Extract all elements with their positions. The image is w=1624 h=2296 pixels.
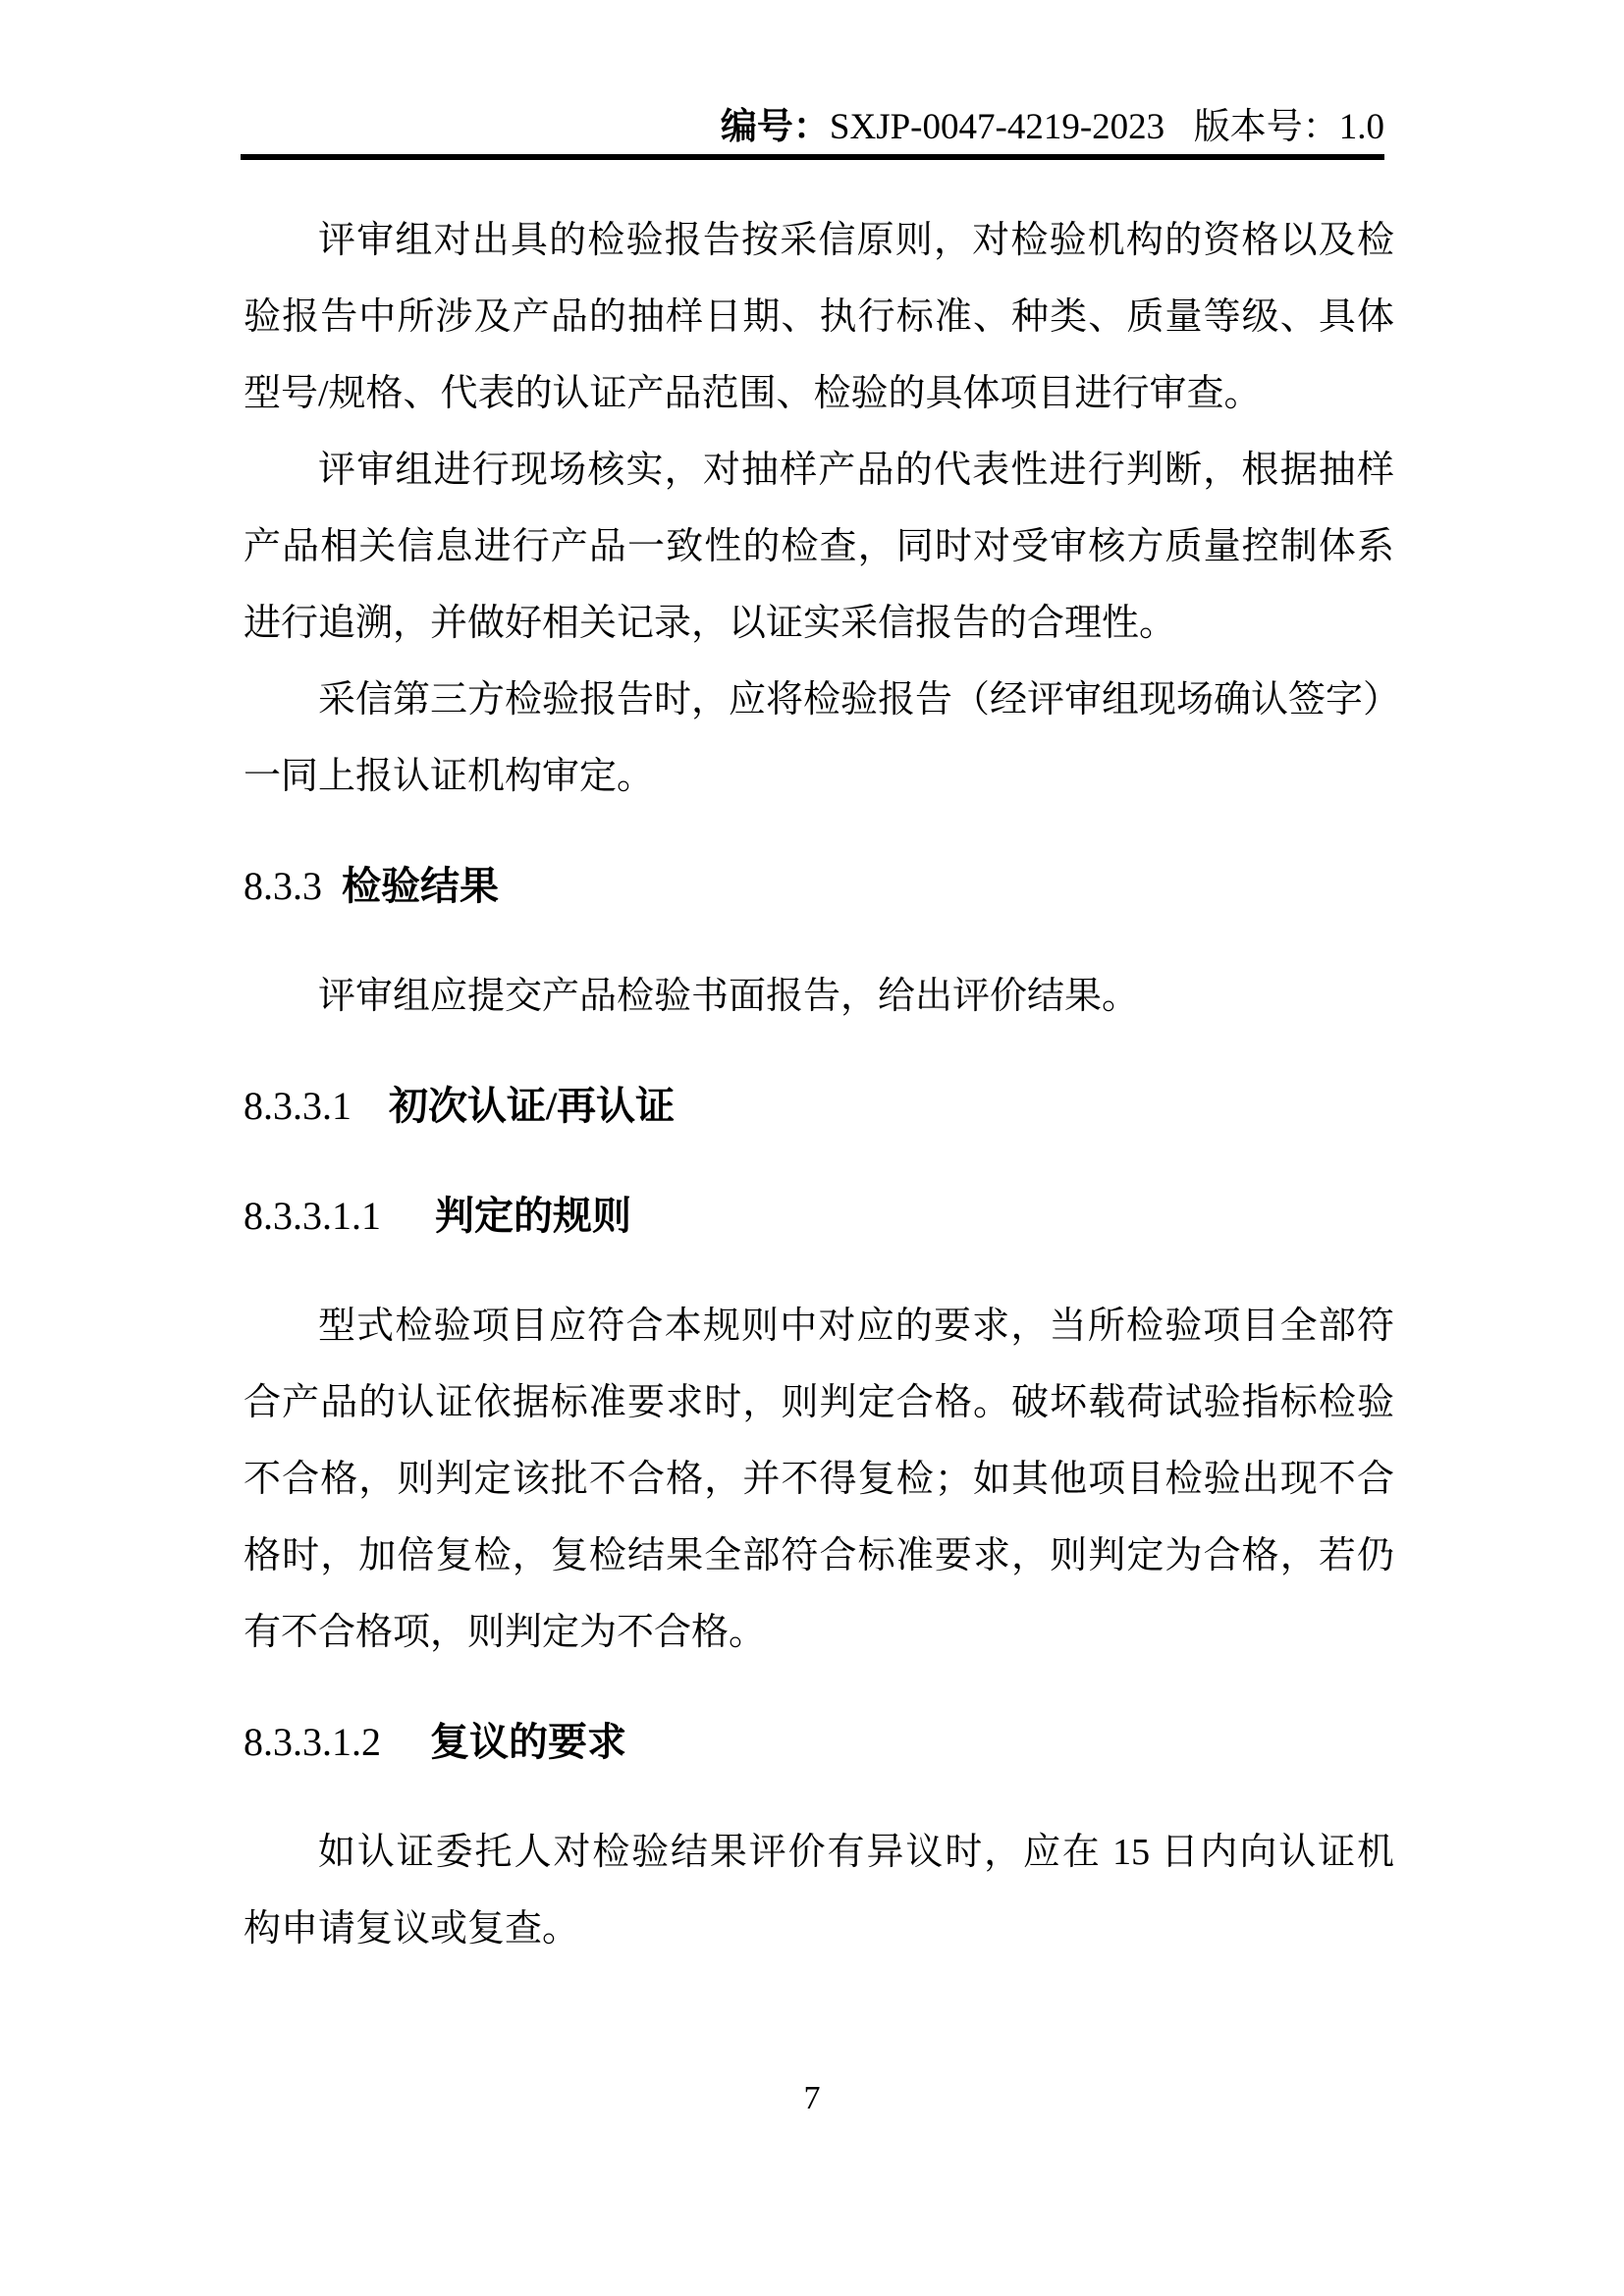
- paragraph-written-report: 评审组应提交产品检验书面报告，给出评价结果。: [244, 958, 1394, 1035]
- heading-title: 判定的规则: [435, 1194, 631, 1238]
- text-line: 验报告中所涉及产品的抽样日期、执行标准、种类、质量等级、具体: [244, 279, 1394, 355]
- text-line: 进行追溯，并做好相关记录，以证实采信报告的合理性。: [244, 585, 1394, 662]
- heading-number: 8.3.3.1: [244, 1084, 352, 1128]
- text-line: 如认证委托人对检验结果评价有异议时，应在 15 日内向认证机: [244, 1814, 1394, 1891]
- paragraph-reconsideration: 如认证委托人对检验结果评价有异议时，应在 15 日内向认证机 构申请复议或复查。: [244, 1814, 1394, 1967]
- doc-number-label: 编号：: [721, 107, 830, 147]
- paragraph-judgement-rules: 型式检验项目应符合本规则中对应的要求，当所检验项目全部符 合产品的认证依据标准要…: [244, 1288, 1394, 1671]
- text-line: 合产品的认证依据标准要求时，则判定合格。破坏载荷试验指标检验: [244, 1364, 1394, 1441]
- page-number: 7: [0, 2079, 1624, 2118]
- paragraph-review-report: 评审组对出具的检验报告按采信原则，对检验机构的资格以及检 验报告中所涉及产品的抽…: [244, 202, 1394, 432]
- heading-title: 复议的要求: [430, 1720, 626, 1764]
- heading-title: 初次认证/再认证: [389, 1084, 675, 1128]
- heading-8-3-3-1: 8.3.3.1初次认证/再认证: [244, 1068, 1394, 1145]
- text-line: 一同上报认证机构审定。: [244, 738, 1394, 815]
- version-label: 版本号：: [1194, 107, 1339, 147]
- text-line: 有不合格项，则判定为不合格。: [244, 1594, 1394, 1671]
- text-line: 产品相关信息进行产品一致性的检查，同时对受审核方质量控制体系: [244, 508, 1394, 585]
- text-line: 评审组应提交产品检验书面报告，给出评价结果。: [244, 958, 1394, 1035]
- paragraph-third-party-report: 采信第三方检验报告时，应将检验报告（经评审组现场确认签字） 一同上报认证机构审定…: [244, 662, 1394, 815]
- document-page: 编号：SXJP-0047-4219-2023版本号：1.0 评审组对出具的检验报…: [0, 0, 1624, 2296]
- text-line: 格时，加倍复检，复检结果全部符合标准要求，则判定为合格，若仍: [244, 1518, 1394, 1594]
- paragraph-onsite-verification: 评审组进行现场核实，对抽样产品的代表性进行判断，根据抽样 产品相关信息进行产品一…: [244, 432, 1394, 662]
- header-rule: [241, 154, 1384, 160]
- version-value: 1.0: [1339, 107, 1384, 147]
- heading-number: 8.3.3.1.2: [244, 1720, 381, 1764]
- heading-number: 8.3.3: [244, 864, 322, 908]
- document-body: 评审组对出具的检验报告按采信原则，对检验机构的资格以及检 验报告中所涉及产品的抽…: [244, 202, 1394, 1967]
- document-header: 编号：SXJP-0047-4219-2023版本号：1.0: [721, 106, 1384, 149]
- text-line: 构申请复议或复查。: [244, 1891, 1394, 1967]
- text-line: 评审组对出具的检验报告按采信原则，对检验机构的资格以及检: [244, 202, 1394, 279]
- text-line: 评审组进行现场核实，对抽样产品的代表性进行判断，根据抽样: [244, 432, 1394, 508]
- heading-8-3-3-1-2: 8.3.3.1.2复议的要求: [244, 1704, 1394, 1781]
- text-line: 不合格，则判定该批不合格，并不得复检；如其他项目检验出现不合: [244, 1441, 1394, 1518]
- heading-8-3-3-1-1: 8.3.3.1.1判定的规则: [244, 1178, 1394, 1255]
- heading-8-3-3: 8.3.3检验结果: [244, 848, 1394, 925]
- text-line: 型号/规格、代表的认证产品范围、检验的具体项目进行审查。: [244, 355, 1394, 432]
- text-line: 采信第三方检验报告时，应将检验报告（经评审组现场确认签字）: [244, 662, 1394, 738]
- doc-number-value: SXJP-0047-4219-2023: [830, 107, 1164, 147]
- heading-number: 8.3.3.1.1: [244, 1194, 381, 1238]
- text-line: 型式检验项目应符合本规则中对应的要求，当所检验项目全部符: [244, 1288, 1394, 1364]
- heading-title: 检验结果: [342, 864, 499, 908]
